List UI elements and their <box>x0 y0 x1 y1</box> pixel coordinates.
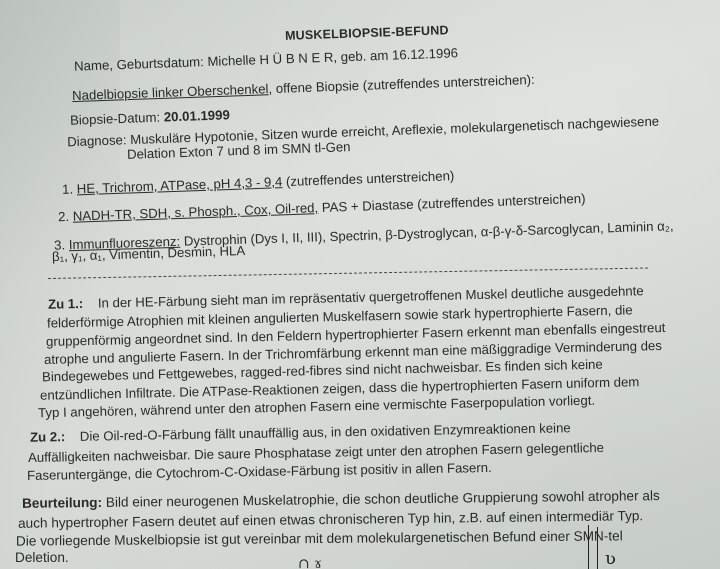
signature-mark: ∩ ɤ <box>298 556 322 569</box>
name-label: Name, Geburtsdatum: <box>74 54 204 74</box>
biopsy-date-value: 20.01.1999 <box>164 107 230 124</box>
diagnosis-label: Diagnose: <box>67 132 127 149</box>
item-2-rest: PAS + Diastase (zutreffendes unterstreic… <box>318 191 586 215</box>
stain-item-2: 2. NADH-TR, SDH, s. Phosph., Cox, Oil-re… <box>58 191 586 225</box>
item-2-number: 2. <box>58 209 70 224</box>
assessment-text-line: Die vorliegende Muskelbiopsie ist gut ve… <box>16 528 623 549</box>
biopsy-report: MUSKELBIOPSIE-BEFUND Name, Geburtsdatum:… <box>0 0 720 569</box>
item-3-line-1: Dystrophin (Dys I, II, III), Spectrin, β… <box>180 218 674 248</box>
patient-name-row: Name, Geburtsdatum: Michelle H Ü B N E R… <box>74 45 458 74</box>
biopsy-type-selected: Nadelbiopsie linker Oberschenkel <box>72 81 269 103</box>
stain-item-1: 1. HE, Trichrom, ATPase, pH 4,3 - 9,4 (z… <box>62 168 455 198</box>
item-1-rest: (zutreffendes unterstreichen) <box>282 168 454 189</box>
zu1-label: Zu 1.: <box>48 296 84 312</box>
signature-stroke <box>588 525 589 569</box>
assessment-text-line: Bild einer neurogenen Muskelatrophie, di… <box>106 488 660 510</box>
item-1-selected: HE, Trichrom, ATPase, pH 4,3 - 9,4 <box>77 174 283 196</box>
biopsy-type-rest: , offene Biopsie (zutreffendes unterstre… <box>268 72 535 96</box>
biopsy-date-row: Biopsie-Datum: 20.01.1999 <box>70 107 230 129</box>
signature-mark: ʋ <box>605 548 616 569</box>
zu2-label: Zu 2.: <box>30 429 65 445</box>
assessment-label: Beurteilung: <box>22 495 102 511</box>
item-1-number: 1. <box>62 181 74 196</box>
section-divider <box>48 268 648 279</box>
biopsy-type-row: Nadelbiopsie linker Oberschenkel, offene… <box>72 72 535 104</box>
report-title: MUSKELBIOPSIE-BEFUND <box>285 22 449 44</box>
biopsy-date-label: Biopsie-Datum: <box>70 110 161 128</box>
assessment-text-line: Deletion. <box>15 550 69 566</box>
zu2-text-line: Die Oil-red-O-Färbung fällt unauffällig … <box>80 420 571 444</box>
name-value: Michelle H Ü B N E R, geb. am 16.12.1996 <box>207 45 458 69</box>
signature-stroke <box>597 527 598 569</box>
item-2-selected: NADH-TR, SDH, s. Phosph., Cox, Oil-red, <box>73 200 319 224</box>
